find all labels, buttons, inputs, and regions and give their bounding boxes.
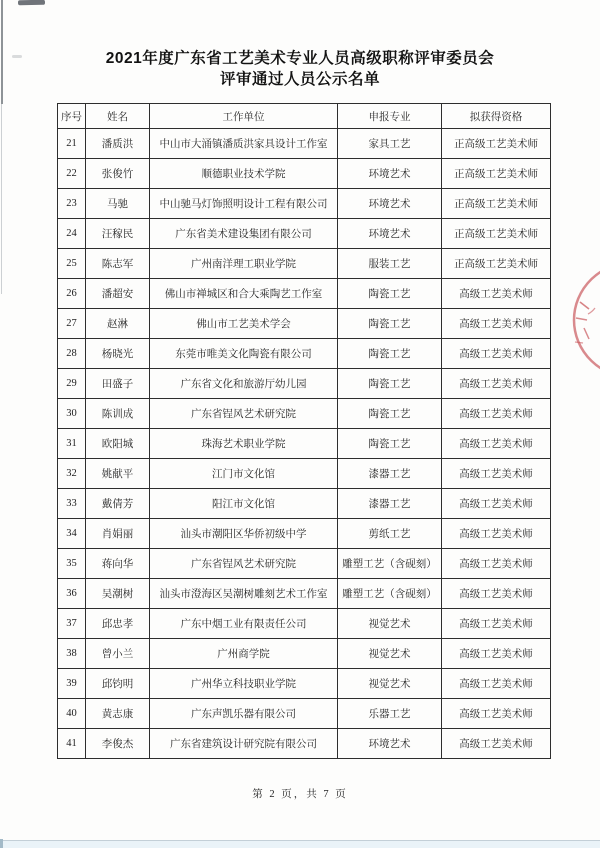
cell-major: 视觉艺术 [338,639,442,669]
cell-name: 汪稼民 [86,219,150,249]
document-page: 2021年度广东省工艺美术专业人员高级职称评审委员会 评审通过人员公示名单 序号… [0,0,600,848]
cell-no: 40 [58,699,86,729]
cell-no: 22 [58,159,86,189]
cell-no: 26 [58,279,86,309]
cell-major: 陶瓷工艺 [338,369,442,399]
cell-name: 黄志康 [86,699,150,729]
cell-title: 高级工艺美术师 [442,609,551,639]
cell-major: 剪纸工艺 [338,519,442,549]
cell-name: 田盛子 [86,369,150,399]
table-row: 27 赵淋 佛山市工艺美术学会 陶瓷工艺 高级工艺美术师 [58,309,551,339]
table-row: 32 姚献平 江门市文化馆 漆器工艺 高级工艺美术师 [58,459,551,489]
cell-unit: 中山驰马灯饰照明设计工程有限公司 [150,189,338,219]
cell-name: 潘质洪 [86,129,150,159]
scan-edge-line-faint [1,104,2,294]
cell-title: 高级工艺美术师 [442,729,551,759]
cell-title: 正高级工艺美术师 [442,129,551,159]
table-row: 33 戴倩芳 阳江市文化馆 漆器工艺 高级工艺美术师 [58,489,551,519]
cell-unit: 广州南洋理工职业学院 [150,249,338,279]
cell-title: 高级工艺美术师 [442,489,551,519]
cell-major: 环境艺术 [338,189,442,219]
cell-name: 蒋向华 [86,549,150,579]
table-row: 39 邱钧明 广州华立科技职业学院 视觉艺术 高级工艺美术师 [58,669,551,699]
cell-unit: 广东省锃风艺术研究院 [150,399,338,429]
cell-unit: 广东省锃风艺术研究院 [150,549,338,579]
table-row: 35 蒋向华 广东省锃风艺术研究院 雕塑工艺（含砚刻） 高级工艺美术师 [58,549,551,579]
table-row: 36 吴潮树 汕头市澄海区吴潮树雕刻艺术工作室 雕塑工艺（含砚刻） 高级工艺美术… [58,579,551,609]
table-row: 34 肖娟丽 汕头市潮阳区华侨初级中学 剪纸工艺 高级工艺美术师 [58,519,551,549]
cell-no: 34 [58,519,86,549]
table-row: 41 李俊杰 广东省建筑设计研究院有限公司 环境艺术 高级工艺美术师 [58,729,551,759]
cell-no: 33 [58,489,86,519]
cell-title: 高级工艺美术师 [442,369,551,399]
cell-unit: 广州商学院 [150,639,338,669]
cell-major: 环境艺术 [338,159,442,189]
cell-name: 张俊竹 [86,159,150,189]
cell-name: 邱钧明 [86,669,150,699]
cell-no: 21 [58,129,86,159]
header-no: 序号 [58,104,86,129]
cell-no: 29 [58,369,86,399]
table-row: 26 潘超安 佛山市禅城区和合大乘陶艺工作室 陶瓷工艺 高级工艺美术师 [58,279,551,309]
roster-table: 序号 姓名 工作单位 申报专业 拟获得资格 21 潘质洪 中山市大涌镇潘质洪家具… [57,103,551,759]
cell-title: 高级工艺美术师 [442,339,551,369]
cell-major: 家具工艺 [338,129,442,159]
cell-unit: 中山市大涌镇潘质洪家具设计工作室 [150,129,338,159]
table-row: 40 黄志康 广东声凯乐器有限公司 乐器工艺 高级工艺美术师 [58,699,551,729]
table-row: 30 陈训成 广东省锃风艺术研究院 陶瓷工艺 高级工艺美术师 [58,399,551,429]
cell-name: 邱忠孝 [86,609,150,639]
cell-unit: 顺德职业技术学院 [150,159,338,189]
cell-name: 潘超安 [86,279,150,309]
cell-major: 视觉艺术 [338,609,442,639]
cell-unit: 佛山市禅城区和合大乘陶艺工作室 [150,279,338,309]
cell-title: 高级工艺美术师 [442,519,551,549]
cell-major: 环境艺术 [338,219,442,249]
cell-unit: 广东中烟工业有限责任公司 [150,609,338,639]
cell-major: 漆器工艺 [338,489,442,519]
cell-unit: 佛山市工艺美术学会 [150,309,338,339]
cell-unit: 珠海艺术职业学院 [150,429,338,459]
cell-no: 35 [58,549,86,579]
cell-name: 曾小兰 [86,639,150,669]
cell-title: 高级工艺美术师 [442,639,551,669]
page-title: 2021年度广东省工艺美术专业人员高级职称评审委员会 评审通过人员公示名单 [0,48,600,90]
cell-name: 李俊杰 [86,729,150,759]
cell-title: 高级工艺美术师 [442,669,551,699]
table-row: 23 马驰 中山驰马灯饰照明设计工程有限公司 环境艺术 正高级工艺美术师 [58,189,551,219]
cell-no: 24 [58,219,86,249]
cell-major: 漆器工艺 [338,459,442,489]
cell-major: 陶瓷工艺 [338,279,442,309]
cell-major: 环境艺术 [338,729,442,759]
cell-major: 服装工艺 [338,249,442,279]
header-unit: 工作单位 [150,104,338,129]
cell-major: 陶瓷工艺 [338,399,442,429]
cell-unit: 广东省文化和旅游厅幼儿园 [150,369,338,399]
page-number: 第 2 页，共 7 页 [0,786,600,801]
table-row: 31 欧阳城 珠海艺术职业学院 陶瓷工艺 高级工艺美术师 [58,429,551,459]
cell-unit: 广东省美术建设集团有限公司 [150,219,338,249]
cell-no: 38 [58,639,86,669]
cell-major: 陶瓷工艺 [338,429,442,459]
cell-title: 高级工艺美术师 [442,699,551,729]
cell-title: 高级工艺美术师 [442,549,551,579]
cell-name: 吴潮树 [86,579,150,609]
cell-unit: 汕头市澄海区吴潮树雕刻艺术工作室 [150,579,338,609]
cell-name: 陈训成 [86,399,150,429]
cell-no: 28 [58,339,86,369]
cell-title: 正高级工艺美术师 [442,159,551,189]
header-major: 申报专业 [338,104,442,129]
cell-name: 肖娟丽 [86,519,150,549]
table-row: 21 潘质洪 中山市大涌镇潘质洪家具设计工作室 家具工艺 正高级工艺美术师 [58,129,551,159]
cell-no: 39 [58,669,86,699]
cell-title: 高级工艺美术师 [442,399,551,429]
page-title-line1: 2021年度广东省工艺美术专业人员高级职称评审委员会 [0,48,600,69]
cell-no: 30 [58,399,86,429]
cell-title: 正高级工艺美术师 [442,189,551,219]
header-name: 姓名 [86,104,150,129]
cell-major: 陶瓷工艺 [338,339,442,369]
cell-name: 陈志军 [86,249,150,279]
cell-unit: 广东声凯乐器有限公司 [150,699,338,729]
cell-name: 杨晓光 [86,339,150,369]
cell-major: 乐器工艺 [338,699,442,729]
table-row: 28 杨晓光 东莞市唯美文化陶瓷有限公司 陶瓷工艺 高级工艺美术师 [58,339,551,369]
cell-no: 32 [58,459,86,489]
cell-name: 欧阳城 [86,429,150,459]
cell-major: 陶瓷工艺 [338,309,442,339]
cell-title: 高级工艺美术师 [442,579,551,609]
cell-major: 雕塑工艺（含砚刻） [338,579,442,609]
page-title-line2: 评审通过人员公示名单 [0,69,600,90]
cell-unit: 广州华立科技职业学院 [150,669,338,699]
cell-unit: 广东省建筑设计研究院有限公司 [150,729,338,759]
cell-no: 27 [58,309,86,339]
cell-name: 马驰 [86,189,150,219]
cell-title: 正高级工艺美术师 [442,219,551,249]
cell-title: 高级工艺美术师 [442,459,551,489]
table-row: 37 邱忠孝 广东中烟工业有限责任公司 视觉艺术 高级工艺美术师 [58,609,551,639]
cell-no: 31 [58,429,86,459]
cell-title: 高级工艺美术师 [442,279,551,309]
cell-unit: 汕头市潮阳区华侨初级中学 [150,519,338,549]
table-row: 25 陈志军 广州南洋理工职业学院 服装工艺 正高级工艺美术师 [58,249,551,279]
cell-no: 25 [58,249,86,279]
table-row: 38 曾小兰 广州商学院 视觉艺术 高级工艺美术师 [58,639,551,669]
cell-unit: 东莞市唯美文化陶瓷有限公司 [150,339,338,369]
table-row: 22 张俊竹 顺德职业技术学院 环境艺术 正高级工艺美术师 [58,159,551,189]
cell-title: 高级工艺美术师 [442,429,551,459]
scan-corner-smudge [18,0,45,5]
header-row: 序号 姓名 工作单位 申报专业 拟获得资格 [58,104,551,129]
table-body: 21 潘质洪 中山市大涌镇潘质洪家具设计工作室 家具工艺 正高级工艺美术师 22… [58,129,551,759]
cell-title: 高级工艺美术师 [442,309,551,339]
header-title: 拟获得资格 [442,104,551,129]
cell-name: 赵淋 [86,309,150,339]
cell-no: 37 [58,609,86,639]
cell-major: 视觉艺术 [338,669,442,699]
cell-name: 姚献平 [86,459,150,489]
cell-unit: 江门市文化馆 [150,459,338,489]
cell-title: 正高级工艺美术师 [442,249,551,279]
table-row: 24 汪稼民 广东省美术建设集团有限公司 环境艺术 正高级工艺美术师 [58,219,551,249]
cell-no: 36 [58,579,86,609]
cell-major: 雕塑工艺（含砚刻） [338,549,442,579]
cell-unit: 阳江市文化馆 [150,489,338,519]
cell-name: 戴倩芳 [86,489,150,519]
scan-bottom-left-mark [0,839,3,848]
scan-bottom-strip [0,840,600,848]
table-row: 29 田盛子 广东省文化和旅游厅幼儿园 陶瓷工艺 高级工艺美术师 [58,369,551,399]
cell-no: 41 [58,729,86,759]
cell-no: 23 [58,189,86,219]
table-header: 序号 姓名 工作单位 申报专业 拟获得资格 [58,104,551,129]
red-ink-stamp-icon [558,230,600,392]
